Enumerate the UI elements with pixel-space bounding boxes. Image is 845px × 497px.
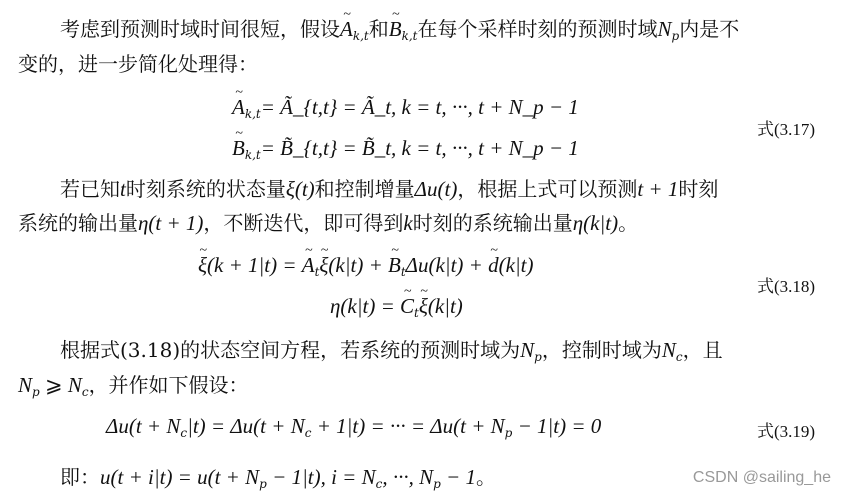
symbol-B-tilde: B — [388, 252, 401, 278]
text: 内是不 — [679, 17, 739, 41]
subscript: k,t — [353, 29, 369, 43]
symbol-N: N — [662, 338, 676, 362]
subscript: c — [676, 350, 683, 364]
symbol-A-tilde: A — [340, 16, 353, 42]
equation-label-3-17: 式(3.17) — [757, 115, 815, 140]
text: 和控制增量 — [315, 177, 415, 201]
symbol-N: N — [18, 373, 32, 397]
text: 根据式(3.18)的状态空间方程，若系统的预测时域为 — [60, 338, 520, 362]
equation-text: − 1|t) = 0 — [512, 414, 601, 438]
equation-text: (k + 1|t) = — [207, 253, 302, 277]
symbol-N: N — [68, 373, 82, 397]
text: ，控制时域为 — [542, 338, 662, 362]
symbol-N: N — [520, 338, 534, 362]
paragraph-3-line-2: Np ⩾ Nc，并作如下假设： — [18, 372, 249, 405]
text: ，根据上式可以预测 — [457, 177, 637, 201]
equation-text: (k|t) — [428, 294, 463, 318]
subscript: p — [534, 350, 542, 364]
symbol: k — [403, 211, 412, 235]
text: 和 — [369, 17, 389, 41]
conclusion-line: 即：u(t + i|t) = u(t + Np − 1|t), i = Nc, … — [60, 464, 496, 497]
equation-3-18-line-1: ξ(k + 1|t) = Atξ(k|t) + BtΔu(k|t) + d(k|… — [198, 252, 534, 285]
symbol-N: N — [419, 465, 433, 489]
paragraph-1-line-1: 考虑到预测时域时间很短，假设Ak,t和Bk,t在每个采样时刻的预测时域Np内是不 — [60, 16, 739, 49]
watermark: CSDN @sailing_he — [693, 469, 831, 487]
symbol: η(t + 1) — [138, 211, 203, 235]
paragraph-2-line-1: 若已知t时刻系统的状态量ξ(t)和控制增量Δu(t)，根据上式可以预测t + 1… — [60, 176, 718, 202]
equation-3-17-line-2: Bk,t= B̃_{t,t} = B̃_t, k = t, ···, t + N… — [232, 135, 579, 168]
equation-3-17-line-1: Ak,t= Ã_{t,t} = Ã_t, k = t, ···, t + N_p… — [232, 94, 579, 127]
equation-text: − 1 — [441, 465, 476, 489]
text: 系统的输出量 — [18, 211, 138, 235]
text: ，并作如下假设： — [89, 373, 249, 397]
symbol-N: N — [291, 414, 305, 438]
text: 即： — [60, 465, 100, 489]
subscript: p — [433, 477, 441, 491]
equation-text: , ···, — [382, 465, 419, 489]
equation-3-19: Δu(t + Nc|t) = Δu(t + Nc + 1|t) = ··· = … — [106, 413, 601, 446]
symbol: η(k|t) — [573, 211, 618, 235]
symbol: ξ(t) — [286, 177, 315, 201]
equation-text: u(t + i|t) = u(t + — [100, 465, 245, 489]
equation-text: Δu(k|t) + — [406, 253, 488, 277]
symbol-C-tilde: C — [400, 293, 414, 319]
subscript: k,t — [402, 29, 418, 43]
subscript: p — [32, 385, 40, 399]
symbol: Δu(t) — [415, 177, 458, 201]
paragraph-1-line-2: 变的，进一步简化处理得： — [18, 51, 258, 77]
subscript: k,t — [245, 107, 261, 121]
subscript: k,t — [245, 148, 261, 162]
symbol-xi-tilde: ξ — [419, 293, 428, 319]
equation-text: = Ã_{t,t} = Ã_t, k = t, ···, t + N_p − 1 — [261, 95, 579, 119]
equation-text: η(k|t) = — [330, 294, 400, 318]
text: 在每个采样时刻的预测时域 — [418, 17, 658, 41]
symbol-A-tilde: A — [232, 94, 245, 120]
subscript: p — [259, 477, 267, 491]
symbol-N: N — [658, 17, 672, 41]
equation-label-3-18: 式(3.18) — [757, 272, 815, 297]
equation-label-3-19: 式(3.19) — [757, 417, 815, 442]
symbol-xi-tilde: ξ — [198, 252, 207, 278]
equation-text: (k|t) — [499, 253, 534, 277]
equation-text: (k|t) + — [328, 253, 388, 277]
text: ，且 — [683, 338, 723, 362]
symbol-d-tilde: d — [488, 252, 499, 278]
symbol-N: N — [245, 465, 259, 489]
symbol-B-tilde: B — [232, 135, 245, 161]
equation-text: = B̃_{t,t} = B̃_t, k = t, ···, t + N_p −… — [261, 136, 579, 160]
equation-text: Δu(t + — [106, 414, 166, 438]
paragraph-3-line-1: 根据式(3.18)的状态空间方程，若系统的预测时域为Np，控制时域为Nc，且 — [60, 337, 723, 370]
symbol-N: N — [491, 414, 505, 438]
text: 考虑到预测时域时间很短，假设 — [60, 17, 340, 41]
symbol-N: N — [362, 465, 376, 489]
equation-text: + 1|t) = ··· = Δu(t + — [311, 414, 490, 438]
symbol-N: N — [166, 414, 180, 438]
equation-text: |t) = Δu(t + — [187, 414, 291, 438]
text: 若已知 — [60, 177, 120, 201]
symbol: ⩾ — [40, 373, 68, 397]
text: ，不断迭代，即可得到 — [203, 211, 403, 235]
text: 。 — [618, 211, 638, 235]
text: 时刻 — [678, 177, 718, 201]
equation-3-18-line-2: η(k|t) = Ctξ(k|t) — [330, 293, 463, 326]
symbol-A-tilde: A — [302, 252, 315, 278]
symbol-B-tilde: B — [389, 16, 402, 42]
text: 时刻的系统输出量 — [413, 211, 573, 235]
text: 时刻系统的状态量 — [126, 177, 286, 201]
symbol: t + 1 — [637, 177, 678, 201]
subscript: c — [82, 385, 89, 399]
symbol-xi-tilde: ξ — [319, 252, 328, 278]
text: 。 — [476, 465, 496, 489]
paragraph-2-line-2: 系统的输出量η(t + 1)，不断迭代，即可得到k时刻的系统输出量η(k|t)。 — [18, 210, 638, 236]
equation-text: − 1|t), i = — [267, 465, 362, 489]
